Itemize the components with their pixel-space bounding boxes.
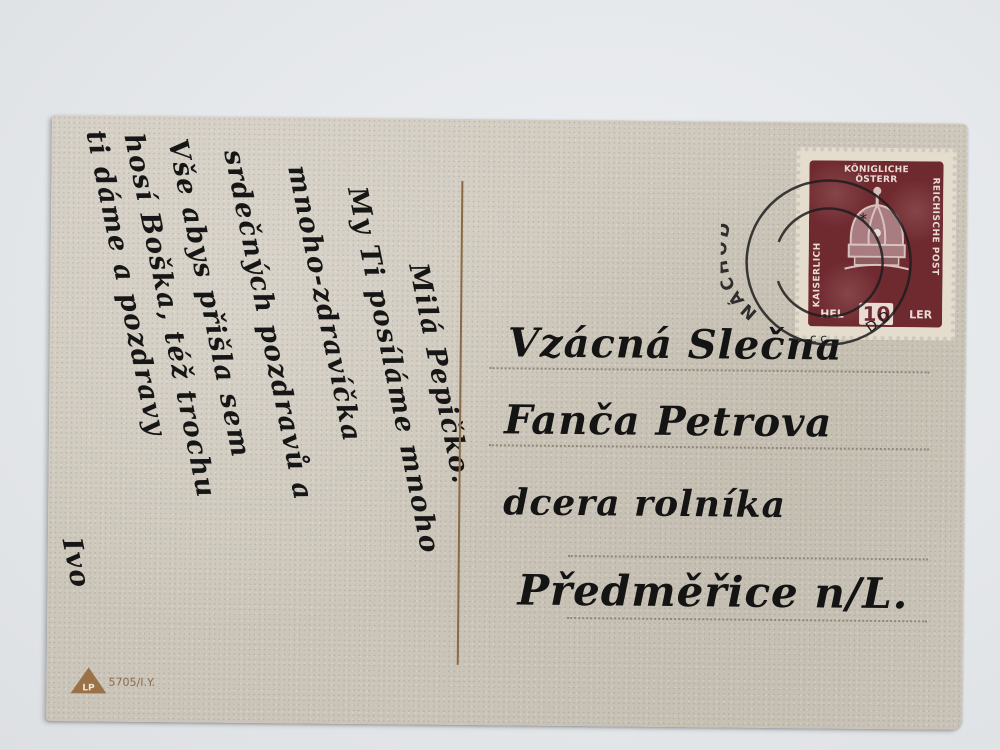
address-dotted-line [568,555,928,560]
svg-text:*: * [859,210,867,229]
stamp-text-right: REICHISCHE POST [929,177,940,275]
postmark-town: NÁCHOD [720,218,762,324]
postmark-cancellation: NÁCHOD * D D c c [720,161,922,363]
svg-text:LP: LP [82,683,95,693]
svg-text:D D: D D [863,308,894,336]
address-line-occupation: dcera rolníka [503,481,786,526]
svg-text:NÁCHOD: NÁCHOD [720,218,762,324]
address-line-town: Předměřice n/L. [517,565,908,618]
message-line: Ivo [56,535,96,591]
publisher-code: 5705/I.Y. [108,676,155,689]
svg-text:c c: c c [810,331,827,345]
postcard: Milá Pepičko. My Ti posíláme mnoho mnoho… [46,115,968,730]
publisher-logo: LP [68,665,108,695]
address-line-name: Fanča Petrova [504,396,833,446]
